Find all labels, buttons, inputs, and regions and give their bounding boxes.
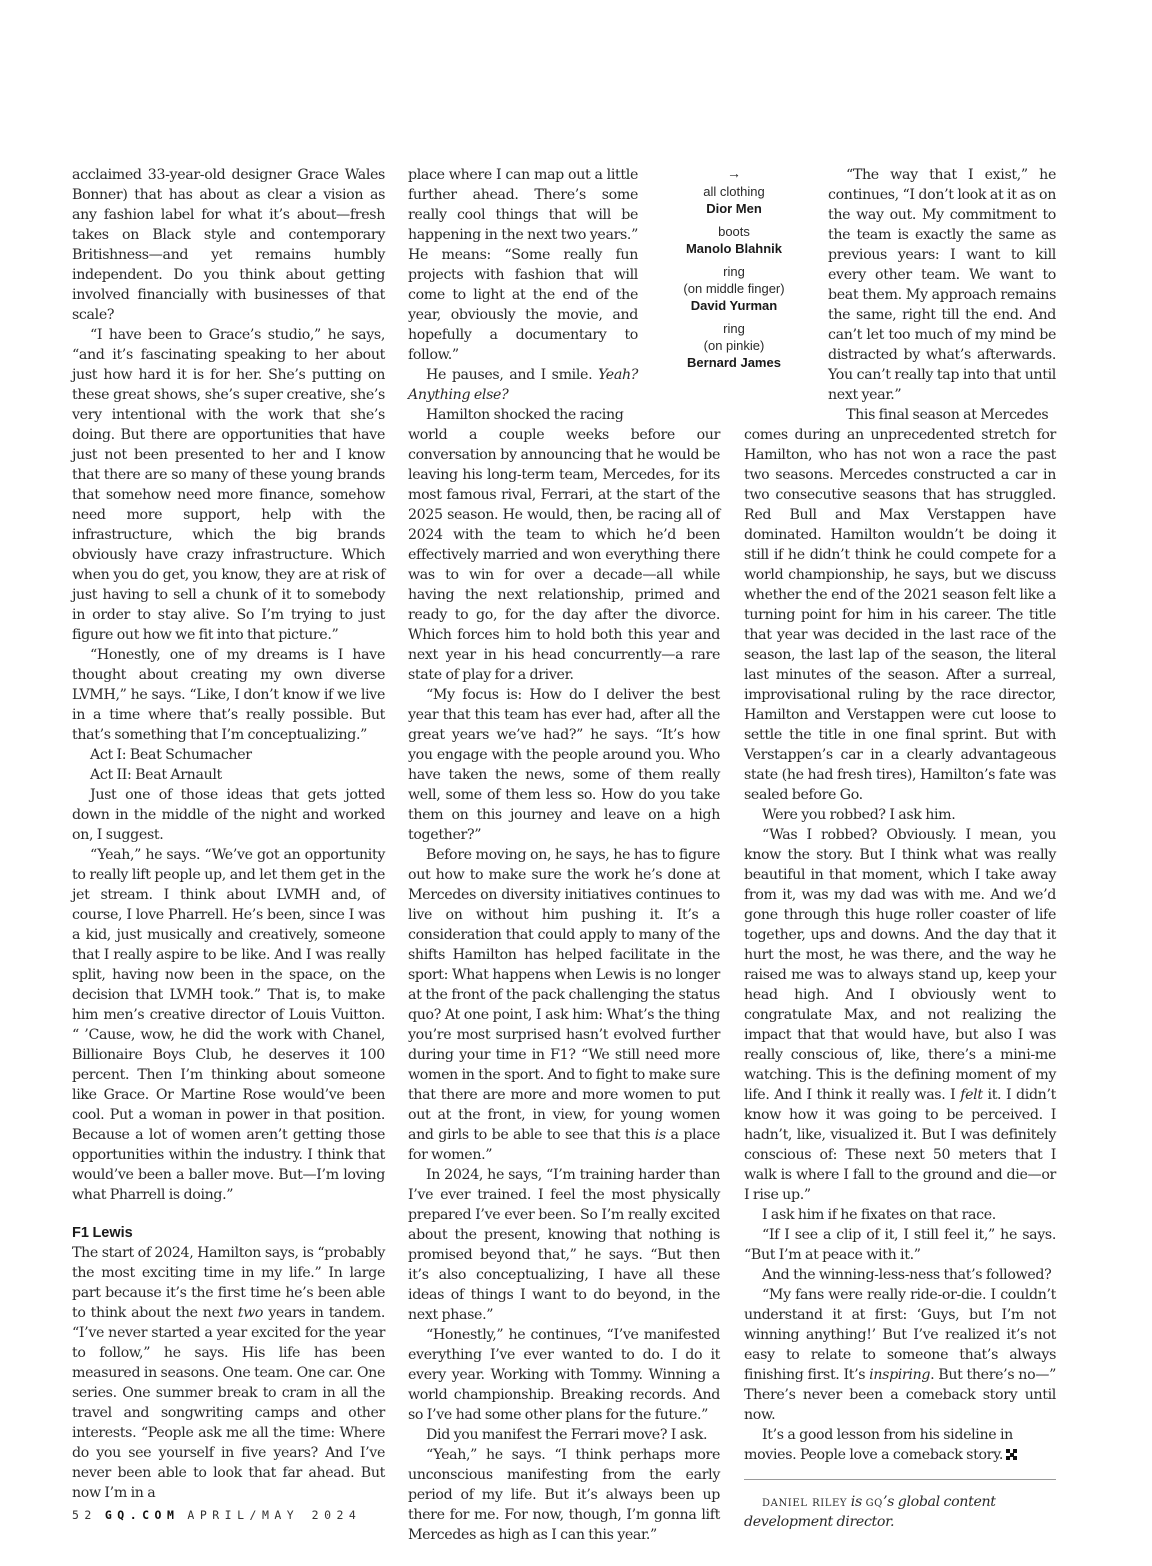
magazine-name: gq [866,1494,883,1510]
paragraph: In 2024, he says, “I’m training harder t… [408,1165,720,1325]
paragraph: Act I: Beat Schumacher [72,745,385,765]
paragraph: And the winning-less-ness that’s followe… [744,1265,1056,1285]
paragraph: “Was I robbed? Obviously. I mean, you kn… [744,825,1056,1205]
paragraph: comes during an unprecedented stretch fo… [744,425,1056,805]
divider-rule [744,1479,1056,1480]
paragraph: Hamilton shocked the racing [408,405,638,425]
paragraph: It’s a good lesson from his sideline in … [744,1425,1056,1465]
paragraph: “My focus is: How do I deliver the best … [408,685,720,845]
paragraph: “Honestly,” he continues, “I’ve manifest… [408,1325,720,1425]
paragraph: Before moving on, he says, he has to fig… [408,845,720,1165]
site-name: GQ.COM [105,1508,180,1522]
issue-date: APRIL/MAY 2024 [187,1508,361,1522]
paragraph: acclaimed 33-year-old designer Grace Wal… [72,165,385,325]
author-name: daniel riley [762,1494,847,1510]
paragraph: “Yeah,” he says. “I think perhaps more u… [408,1445,720,1545]
paragraph: “Yeah,” he says. “We’ve got an opportuni… [72,845,385,1205]
article-column-2: place where I can map out a little furth… [408,165,720,1545]
paragraph: Were you robbed? I ask him. [744,805,1056,825]
paragraph: “My fans were really ride-or-die. I coul… [744,1285,1056,1425]
column-2-narrow-block: place where I can map out a little furth… [408,165,638,425]
gq-endmark-icon [1006,1449,1017,1460]
paragraph: “If I see a clip of it, I still feel it,… [744,1225,1056,1265]
paragraph: The start of 2024, Hamilton says, is “pr… [72,1243,385,1503]
paragraph: Act II: Beat Arnault [72,765,385,785]
paragraph: This final season at Mercedes [828,405,1056,425]
page-number: 52 [72,1508,97,1522]
paragraph: “Honestly, one of my dreams is I have th… [72,645,385,745]
paragraph: He pauses, and I smile. Yeah? Anything e… [408,365,638,405]
paragraph: I ask him if he fixates on that race. [744,1205,1056,1225]
paragraph: “The way that I exist,” he continues, “I… [828,165,1056,405]
paragraph: Just one of those ideas that gets jotted… [72,785,385,845]
paragraph: place where I can map out a little furth… [408,165,638,365]
paragraph: Did you manifest the Ferrari move? I ask… [408,1425,720,1445]
article-column-3: “The way that I exist,” he continues, “I… [744,165,1056,1532]
paragraph: world a couple weeks before our conversa… [408,425,720,685]
paragraph: “I have been to Grace’s studio,” he says… [72,325,385,645]
article-column-1: acclaimed 33-year-old designer Grace Wal… [72,165,385,1503]
author-bio: daniel riley is gq’s global content deve… [744,1492,1056,1532]
column-3-narrow-block: “The way that I exist,” he continues, “I… [828,165,1056,425]
page-folio: 52GQ.COMAPRIL/MAY 2024 [72,1508,361,1522]
section-subhead: F1 Lewis [72,1223,385,1243]
